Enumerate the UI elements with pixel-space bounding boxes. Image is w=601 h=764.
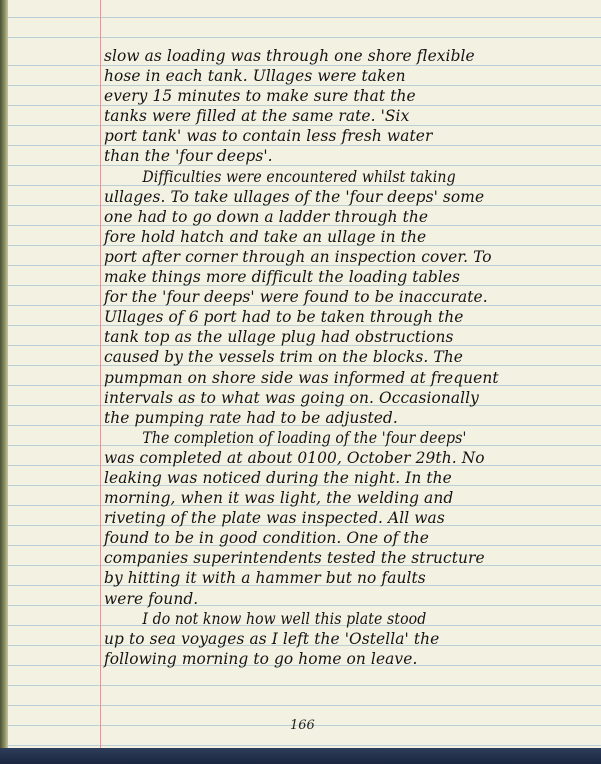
- text-line: make things more difficult the loading t…: [104, 267, 596, 287]
- text-line: slow as loading was through one shore fl…: [104, 46, 596, 66]
- text-line: was completed at about 0100, October 29t…: [104, 448, 596, 468]
- text-line: hose in each tank. Ullages were taken: [104, 66, 596, 86]
- text-line: fore hold hatch and take an ullage in th…: [104, 227, 596, 247]
- text-line: I do not know how well this plate stood: [104, 609, 554, 629]
- background-surface: [0, 748, 601, 764]
- text-line: Ullages of 6 port had to be taken throug…: [104, 307, 596, 327]
- text-line: one had to go down a ladder through the: [104, 207, 596, 227]
- text-line: port tank' was to contain less fresh wat…: [104, 126, 596, 146]
- text-line: the pumping rate had to be adjusted.: [104, 408, 596, 428]
- text-line: The completion of loading of the 'four d…: [104, 428, 554, 448]
- text-line: tanks were filled at the same rate. 'Six: [104, 106, 596, 126]
- page-binding-edge: [0, 0, 8, 748]
- notebook-page: slow as loading was through one shore fl…: [0, 0, 601, 748]
- margin-rule: [100, 0, 101, 748]
- text-line: ullages. To take ullages of the 'four de…: [104, 187, 596, 207]
- text-line: by hitting it with a hammer but no fault…: [104, 568, 596, 588]
- text-line: companies superintendents tested the str…: [104, 548, 596, 568]
- text-line: were found.: [104, 589, 596, 609]
- text-line: port after corner through an inspection …: [104, 247, 596, 267]
- text-line: found to be in good condition. One of th…: [104, 528, 596, 548]
- text-line: following morning to go home on leave.: [104, 649, 596, 669]
- text-line: morning, when it was light, the welding …: [104, 488, 596, 508]
- text-line: every 15 minutes to make sure that the: [104, 86, 596, 106]
- text-line: leaking was noticed during the night. In…: [104, 468, 596, 488]
- text-line: Difficulties were encountered whilst tak…: [104, 167, 554, 187]
- text-line: for the 'four deeps' were found to be in…: [104, 287, 596, 307]
- text-line: up to sea voyages as I left the 'Ostella…: [104, 629, 596, 649]
- text-line: tank top as the ullage plug had obstruct…: [104, 327, 596, 347]
- text-line: intervals as to what was going on. Occas…: [104, 388, 596, 408]
- text-line: pumpman on shore side was informed at fr…: [104, 368, 596, 388]
- text-line: caused by the vessels trim on the blocks…: [104, 347, 596, 367]
- text-line: than the 'four deeps'.: [104, 146, 596, 166]
- handwritten-text: slow as loading was through one shore fl…: [104, 46, 596, 669]
- text-line: riveting of the plate was inspected. All…: [104, 508, 596, 528]
- page-number: 166: [290, 718, 315, 733]
